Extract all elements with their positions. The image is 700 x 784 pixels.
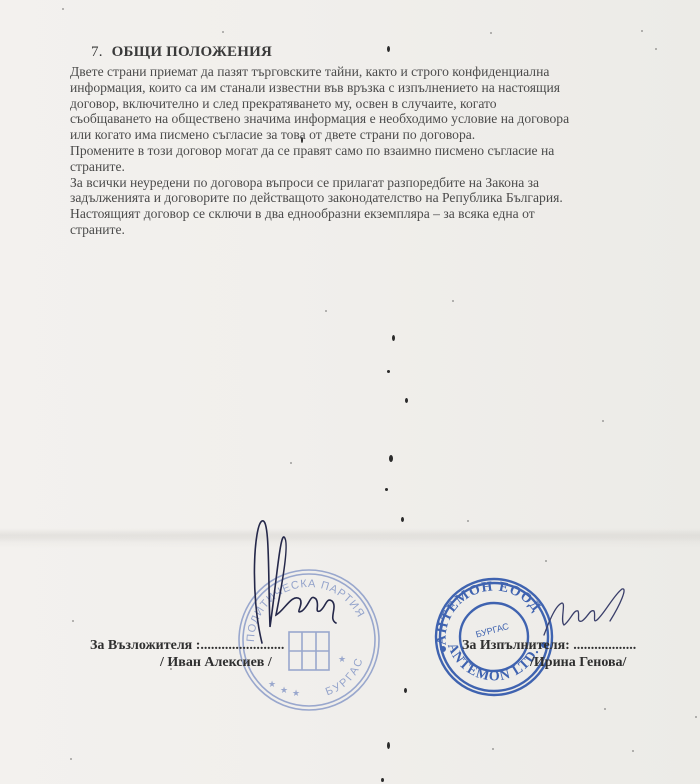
body-line: информация, които са им станали известни… — [70, 80, 690, 96]
section-title: ОБЩИ ПОЛОЖЕНИЯ — [112, 44, 272, 60]
body-line: договор, включително и след прекратяване… — [70, 96, 690, 112]
body-line: задълженията и договорите по действащото… — [70, 190, 690, 206]
right-stamp-center-text: БУРГАС — [475, 621, 511, 640]
body-line: страните. — [70, 159, 690, 175]
svg-text:★: ★ — [268, 680, 276, 690]
section-body: Двете страни приемат да пазят търговскит… — [70, 64, 690, 238]
body-line: Настоящият договор се сключи в два едноо… — [70, 206, 690, 222]
client-signature-label: За Възложителя :........................ — [90, 638, 284, 654]
right-signature — [540, 585, 640, 645]
left-signature — [240, 515, 360, 645]
svg-text:★: ★ — [338, 655, 346, 665]
body-line: страните. — [70, 222, 690, 238]
body-line: За всички неуредени по договора въпроси … — [70, 175, 690, 191]
document-page: 7.ОБЩИ ПОЛОЖЕНИЯ Двете страни приемат да… — [0, 0, 700, 784]
body-line: Промените в този договор могат да се пра… — [70, 143, 690, 159]
svg-text:★: ★ — [280, 686, 288, 696]
body-line: или когато има писмено съгласие за това … — [70, 127, 690, 143]
body-line: съобщаването на обществено значима инфор… — [70, 111, 690, 127]
section-number: 7. — [91, 44, 103, 60]
right-stamp: АНТЕМОН ЕООД ANTEMON LTD. БУРГАС — [432, 575, 556, 699]
svg-text:★: ★ — [292, 689, 300, 699]
body-line: Двете страни приемат да пазят търговскит… — [70, 64, 690, 80]
client-name: / Иван Алексиев / — [160, 655, 272, 671]
contractor-signature-label: За Изпълнителя: .................. — [462, 638, 636, 654]
contractor-name: /Ирина Генова/ — [530, 655, 626, 671]
section-heading: 7.ОБЩИ ПОЛОЖЕНИЯ — [91, 44, 272, 61]
